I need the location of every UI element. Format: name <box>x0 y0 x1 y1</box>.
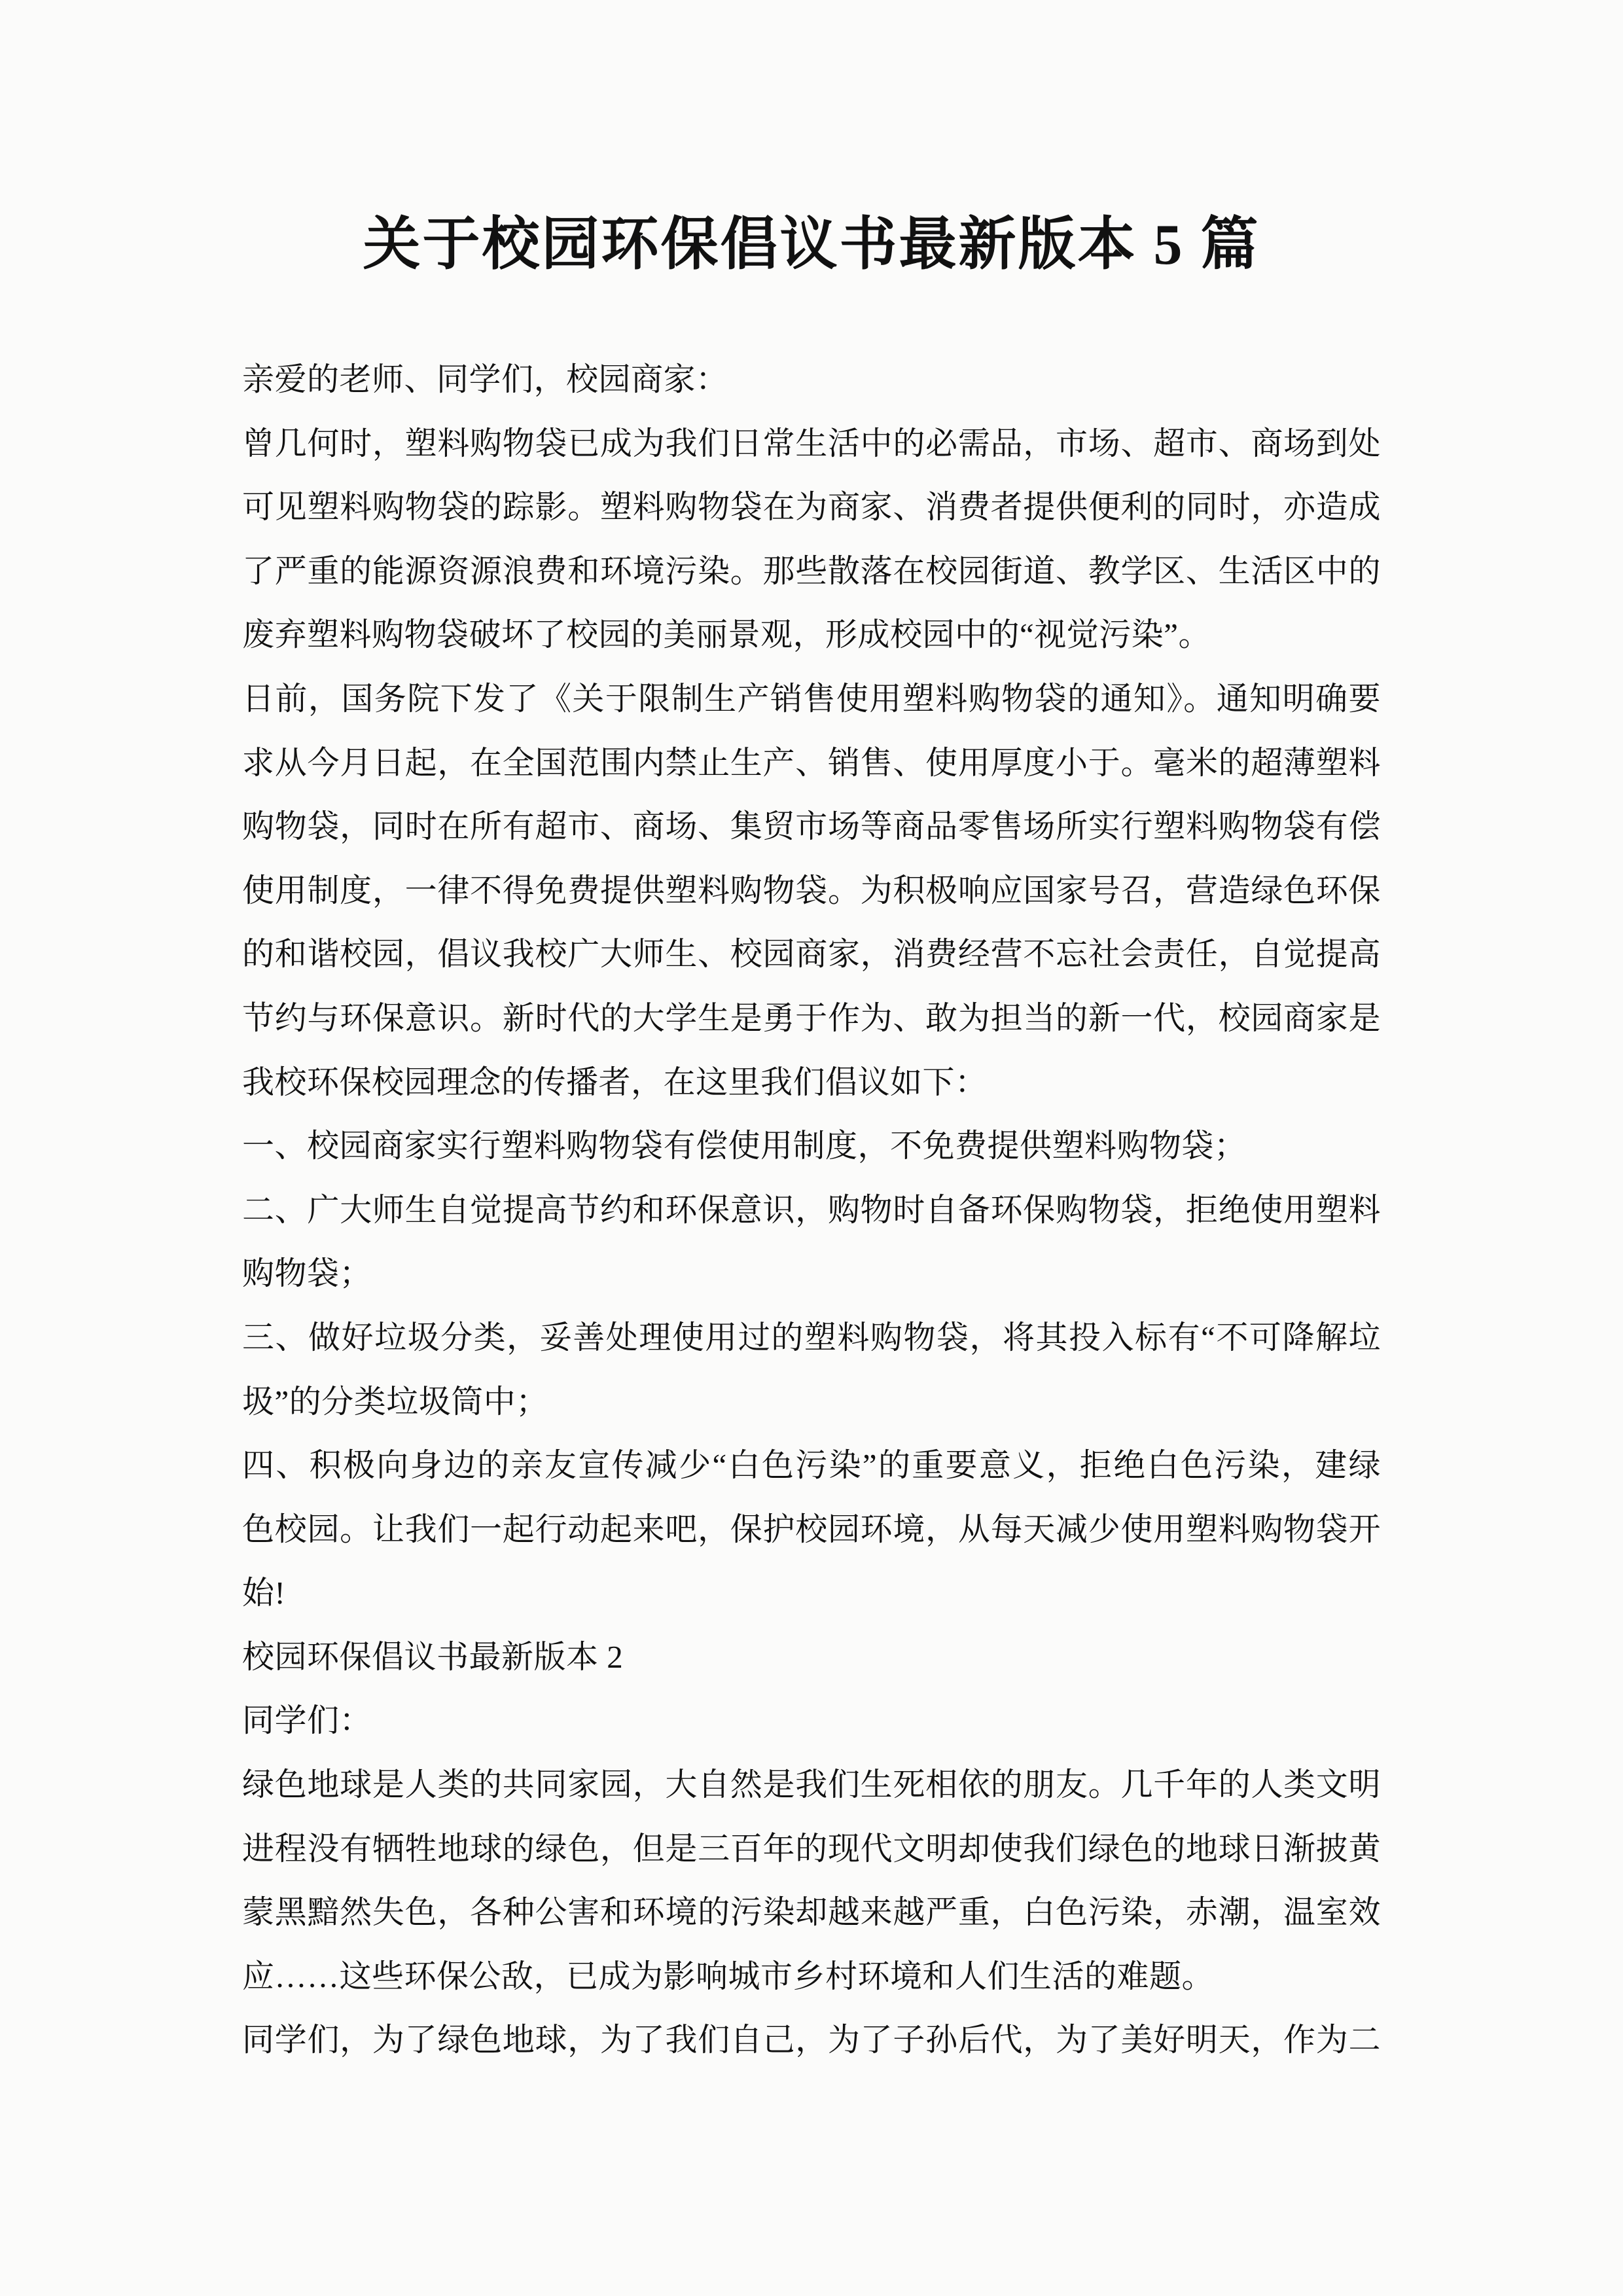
text-line: 亲爱的老师、同学们，校园商家： <box>242 348 1381 412</box>
text-line: 曾几何时，塑料购物袋已成为我们日常生活中的必需品，市场、超市、商场到处 <box>242 412 1381 476</box>
text-line: 求从今月日起，在全国范围内禁止生产、销售、使用厚度小于。毫米的超薄塑料 <box>242 731 1381 795</box>
text-line: 校园环保倡议书最新版本 2 <box>242 1625 1381 1689</box>
text-line: 圾”的分类垃圾筒中； <box>242 1370 1381 1434</box>
text-line: 绿色地球是人类的共同家园，大自然是我们生死相依的朋友。几千年的人类文明 <box>242 1753 1381 1817</box>
text-line: 一、校园商家实行塑料购物袋有偿使用制度，不免费提供塑料购物袋； <box>242 1114 1381 1178</box>
text-line: 同学们，为了绿色地球，为了我们自己，为了子孙后代，为了美好明天，作为二 <box>242 2008 1381 2072</box>
text-line: 可见塑料购物袋的踪影。塑料购物袋在为商家、消费者提供便利的同时，亦造成 <box>242 475 1381 539</box>
document-title: 关于校园环保倡议书最新版本 5 篇 <box>0 198 1623 281</box>
text-line: 使用制度，一律不得免费提供塑料购物袋。为积极响应国家号召，营造绿色环保 <box>242 859 1381 923</box>
text-line: 二、广大师生自觉提高节约和环保意识，购物时自备环保购物袋，拒绝使用塑料 <box>242 1178 1381 1242</box>
text-line: 购物袋，同时在所有超市、商场、集贸市场等商品零售场所实行塑料购物袋有偿 <box>242 795 1381 859</box>
text-line: 了严重的能源资源浪费和环境污染。那些散落在校园街道、教学区、生活区中的 <box>242 539 1381 603</box>
text-line: 的和谐校园，倡议我校广大师生、校园商家，消费经营不忘社会责任，自觉提高 <box>242 922 1381 986</box>
text-line: 废弃塑料购物袋破坏了校园的美丽景观，形成校园中的“视觉污染”。 <box>242 603 1381 667</box>
text-line: 蒙黑黯然失色，各种公害和环境的污染却越来越严重，白色污染，赤潮，温室效 <box>242 1880 1381 1945</box>
text-line: 始! <box>242 1561 1381 1625</box>
text-line: 同学们： <box>242 1689 1381 1753</box>
text-line: 节约与环保意识。新时代的大学生是勇于作为、敢为担当的新一代，校园商家是 <box>242 986 1381 1050</box>
text-line: 日前，国务院下发了《关于限制生产销售使用塑料购物袋的通知》。通知明确要 <box>242 667 1381 731</box>
page: 关于校园环保倡议书最新版本 5 篇 亲爱的老师、同学们，校园商家：曾几何时，塑料… <box>0 0 1623 2296</box>
text-line: 购物袋； <box>242 1242 1381 1306</box>
text-line: 色校园。让我们一起行动起来吧，保护校园环境，从每天减少使用塑料购物袋开 <box>242 1498 1381 1562</box>
text-line: 我校环保校园理念的传播者，在这里我们倡议如下： <box>242 1050 1381 1115</box>
text-line: 应……这些环保公敌，已成为影响城市乡村环境和人们生活的难题。 <box>242 1945 1381 2009</box>
text-line: 四、积极向身边的亲友宣传减少“白色污染”的重要意义，拒绝白色污染，建绿 <box>242 1433 1381 1498</box>
text-line: 进程没有牺牲地球的绿色，但是三百年的现代文明却使我们绿色的地球日渐披黄 <box>242 1817 1381 1881</box>
text-line: 三、做好垃圾分类，妥善处理使用过的塑料购物袋，将其投入标有“不可降解垃 <box>242 1306 1381 1370</box>
document-body: 亲爱的老师、同学们，校园商家：曾几何时，塑料购物袋已成为我们日常生活中的必需品，… <box>242 348 1381 2072</box>
